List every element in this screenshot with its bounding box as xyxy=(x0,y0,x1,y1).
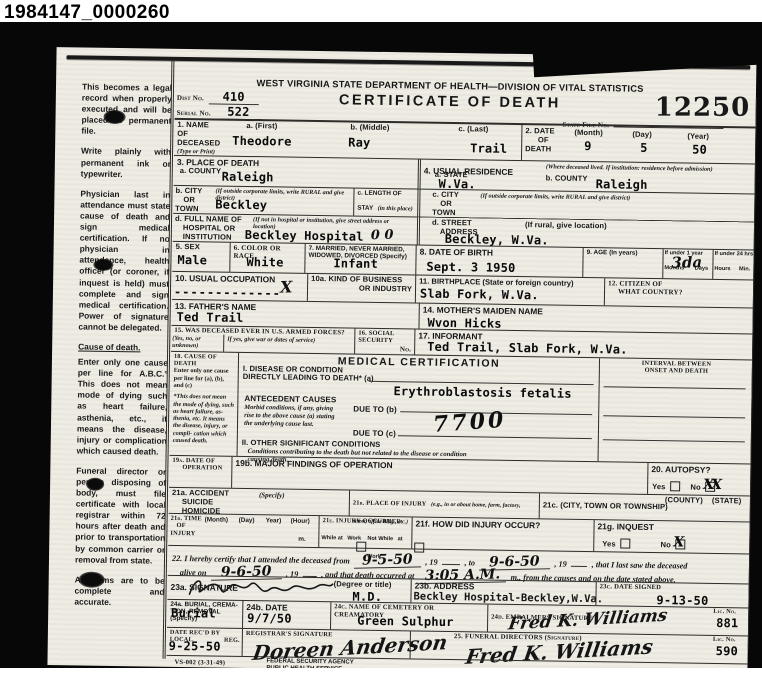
time-month-label: (Month) xyxy=(205,516,229,524)
cause-note1: Enter only one cause per line for (a), (… xyxy=(174,367,235,390)
due-to-c-label: DUE TO (c) xyxy=(353,429,396,439)
field-sex: 5. SEX Male xyxy=(172,242,229,272)
dod-day-label: (Day) xyxy=(632,131,652,140)
time-day-label: (Day) xyxy=(239,517,255,524)
name-label2: DECEASED xyxy=(177,139,221,149)
inquest-no-label: No xyxy=(661,540,671,549)
length-stay-note: (in this place) xyxy=(378,205,413,213)
operation-date-label2: OPERATION xyxy=(172,464,228,472)
interval-line-b xyxy=(603,415,745,418)
instruction-paragraph: Enter only one cause per line for A.B.C.… xyxy=(77,357,168,458)
dod-day-value: 5 xyxy=(640,141,648,155)
field-interval: INTERVAL BETWEEN ONSET AND DEATH xyxy=(598,358,754,463)
length-stay-label2: STAY xyxy=(357,205,373,212)
field-physician-address: 23b. ADDRESS Beckley Hospital-Beckley,W.… xyxy=(410,579,595,605)
dob-value: Sept. 3 1950 xyxy=(426,260,515,275)
marital-value: Infant xyxy=(333,256,378,271)
middle-name-value: Ray xyxy=(348,135,370,149)
autopsy-yes-label: Yes xyxy=(652,482,666,491)
certificate-form: Dist No. 410 Serial No. 522 WEST VIRGINI… xyxy=(166,75,757,668)
field-injury-occurred: 21e. INJURY OCCURRED While at Work Not W… xyxy=(318,516,411,548)
how-injury-label: 21f. HOW DID INJURY OCCUR? xyxy=(415,518,590,531)
injury-county-label: (COUNTY) xyxy=(665,496,703,506)
age-handwritten: 3da xyxy=(671,255,702,271)
injury-city-label: 21c. (CITY, TOWN OR TOWNSHIP) xyxy=(543,500,668,511)
cemetery-value: Green Sulphur xyxy=(357,614,454,629)
ink-smudge xyxy=(93,259,113,271)
burial-date-value: 9/7/50 xyxy=(247,611,292,626)
dod-month-label: (Month) xyxy=(574,129,603,138)
field-race: 6. COLOR OR RACE White xyxy=(229,243,304,273)
interval-line-a xyxy=(604,386,746,389)
time-injury-label: 21d. TIME xyxy=(171,515,202,523)
not-at-work-label: Not While xyxy=(367,536,393,542)
findings-label: 19b. MAJOR FINDINGS OF OPERATION xyxy=(235,458,644,474)
scanned-document-area: This becomes a legal record when properl… xyxy=(0,22,762,668)
dod-year-label: (Year) xyxy=(687,132,709,141)
pod-county-value: Raleigh xyxy=(222,170,274,185)
autopsy-no-mark: XX xyxy=(703,477,719,493)
embalmer-lic-value: 881 xyxy=(716,616,738,630)
while-at-work-label2: Work xyxy=(347,535,361,541)
section-medical-certification: 18. CAUSE OF DEATH Enter only one cause … xyxy=(170,351,753,464)
instruction-paragraph: Write plainly with permanent ink or type… xyxy=(81,146,171,181)
age-min-label: Min. xyxy=(739,267,750,273)
funeral-lic-label: Lic. No. xyxy=(713,636,736,644)
while-at-work-label: While at xyxy=(321,535,343,541)
dod-month-value: 9 xyxy=(584,139,592,153)
field-cemetery: 24c. NAME OF CEMETERY OR CREAMATORY Gree… xyxy=(330,602,487,631)
field-operation-date: 19a. DATE OF OPERATION xyxy=(169,456,231,488)
field-cause-of-death-notes: 18. CAUSE OF DEATH Enter only one cause … xyxy=(170,352,239,456)
embalmer-lic-label: Lic. No. xyxy=(713,608,736,616)
dob-label: 8. DATE OF BIRTH xyxy=(420,247,580,259)
certify-blank-1 xyxy=(442,558,460,565)
field-first-name: a. (First) Theodore xyxy=(224,121,347,158)
place-injury-label: 21b. PLACE OF INJURY xyxy=(353,500,427,508)
date-received-reg-label: REG. xyxy=(224,637,240,644)
father-value: Ted Trail xyxy=(177,310,244,325)
certificate-title: CERTIFICATE OF DEATH xyxy=(285,92,615,113)
field-age: 9. AGE (In years) xyxy=(582,248,662,278)
residence-county-label: b. COUNTY xyxy=(546,174,588,184)
agency-line2: PUBLIC HEALTH SERVICE xyxy=(266,665,353,668)
length-stay-label: c. LENGTH OF xyxy=(357,190,414,198)
field-armed-forces: 15. WAS DECEASED EVER IN U.S. ARMED FORC… xyxy=(171,326,354,354)
last-name-label: c. (Last) xyxy=(458,125,488,134)
field-how-injury: 21f. HOW DID INJURY OCCUR? xyxy=(411,517,593,551)
street-note: (If rural, give location) xyxy=(525,221,607,231)
field-date-of-birth: 8. DATE OF BIRTH Sept. 3 1950 xyxy=(415,245,582,276)
age-under24-label: If under 24 hrs xyxy=(715,251,754,258)
age-hours-label: Hours xyxy=(714,266,730,272)
field-date-received: DATE REC'D BY LOCAL REG. 9-25-50 xyxy=(167,628,242,656)
occupation-x-mark: X xyxy=(280,279,293,295)
ink-smudge xyxy=(103,110,125,124)
inquest-no-checkbox: X xyxy=(675,539,685,549)
ink-smudge xyxy=(86,478,104,491)
field-injury-city: 21c. (CITY, TOWN OR TOWNSHIP) (COUNTY) (… xyxy=(539,493,751,521)
informant-value: Ted Trail, Slab Fork, W.Va. xyxy=(427,340,628,357)
date-signed-label: 23c. DATE SIGNED xyxy=(600,583,747,593)
ink-smudge xyxy=(79,572,105,588)
field-burial-date: 24b. DATE 9/7/50 xyxy=(242,601,330,629)
dod-label3: DEATH xyxy=(525,145,561,154)
field-ssn: 16. SOCIAL SECURITY No. xyxy=(354,329,414,355)
race-value: White xyxy=(246,255,283,270)
time-hour-label: (Hour) xyxy=(291,518,310,525)
residence-note: (Where deceased lived. If institution: r… xyxy=(546,163,746,173)
form-number: VS-002 (3-31-49) xyxy=(174,659,225,667)
dod-year-value: 50 xyxy=(692,143,707,157)
due-to-c-handwritten: 7700 xyxy=(432,409,507,436)
middle-name-label: b. (Middle) xyxy=(350,123,389,133)
residence-city-note: (If outside corporate limits, write RURA… xyxy=(480,192,730,203)
autopsy-label: 20. AUTOPSY? xyxy=(651,464,748,476)
first-name-label: a. (First) xyxy=(246,122,277,131)
inquest-yes-checkbox xyxy=(620,539,630,549)
instruction-paragraph: This becomes a legal record when properl… xyxy=(81,81,172,138)
birthplace-value: Slab Fork, W.Va. xyxy=(420,287,539,303)
funeral-lic-value: 590 xyxy=(716,644,738,658)
interval-label2: ONSET AND DEATH xyxy=(603,367,750,377)
citizen-label2: WHAT COUNTRY? xyxy=(608,287,751,297)
field-name-label: 1. NAME OF DECEASED (Type or Print) xyxy=(174,120,225,156)
disease-label2: DIRECTLY LEADING TO DEATH* (a) xyxy=(243,373,374,384)
field-marital-status: 7. MARRIED, NEVER MARRIED, WIDOWED, DIVO… xyxy=(304,244,415,275)
death-certificate-page: This becomes a legal record when properl… xyxy=(47,47,756,668)
instructions-sidebar: This becomes a legal record when properl… xyxy=(74,81,172,617)
antecedent-label: ANTECEDENT CAUSES xyxy=(244,394,336,405)
field-medical-certification: MEDICAL CERTIFICATION I. DISEASE OR COND… xyxy=(237,353,599,461)
field-last-name: c. (Last) Trail xyxy=(452,124,522,160)
name-label: 1. NAME OF xyxy=(177,121,221,140)
field-place-of-death: 3. PLACE OF DEATH a. COUNTY Raleigh xyxy=(174,156,418,189)
injury-occurred-label: 21e. INJURY OCCURRED xyxy=(323,517,409,526)
field-business: 10a. KIND OF BUSINESS OR INDUSTRY xyxy=(307,274,415,303)
field-inquest: 21g. INQUEST Yes No X xyxy=(593,520,750,553)
time-injury-label3: INJURY xyxy=(170,530,201,538)
field-hospital: d. FULL NAME OF HOSPITAL OR INSTITUTION … xyxy=(173,213,417,245)
business-label2: OR INDUSTRY xyxy=(311,284,412,294)
due-to-b-label: DUE TO (b) xyxy=(353,405,397,415)
field-burial: 24a. BURIAL, CREMA- TION, REMOVAL (Speci… xyxy=(167,600,242,628)
autopsy-yes-checkbox xyxy=(670,481,680,491)
field-registrar-signature: REGISTRAR'S SIGNATURE Doreen Anderson xyxy=(242,629,410,658)
field-father: 13. FATHER'S NAME Ted Trail xyxy=(171,300,418,329)
specify-note: (Specify) xyxy=(259,491,285,500)
field-place-of-injury: 21b. PLACE OF INJURY (e.g., in or about … xyxy=(349,491,539,519)
field-birthplace: 11. BIRTHPLACE (State or foreign country… xyxy=(415,275,604,305)
field-date-signed: 23c. DATE SIGNED 9-13-50 xyxy=(595,582,749,607)
field-city-town: b. CITY OR TOWN (If outside corporate li… xyxy=(173,186,353,216)
time-m-label: m. xyxy=(298,536,306,543)
cause-note2: *This does not mean the mode of dying, s… xyxy=(173,393,235,445)
injury-state-label: (STATE) xyxy=(712,497,742,506)
inquest-yes-label: Yes xyxy=(602,539,616,548)
armed-forces-note2: If yes, give war or dates of service) xyxy=(227,336,347,345)
certify-blank-2 xyxy=(571,560,587,567)
cause-of-death-heading: Cause of death. xyxy=(78,341,168,353)
pod-county-label: a. COUNTY xyxy=(180,167,222,177)
scan-id-label: 1984147_0000260 xyxy=(4,2,170,24)
hospital-handwritten: 0 0 xyxy=(371,229,394,242)
field-occupation: 10. USUAL OCCUPATION ------------- X xyxy=(172,272,307,301)
ssn-label: 16. SOCIAL SECURITY xyxy=(358,330,411,346)
field-age-under-1yr: If under 1 year Months Days 3da xyxy=(662,249,712,279)
last-name-value: Trail xyxy=(470,141,507,156)
sex-label: 5. SEX xyxy=(176,243,227,253)
time-year-label: Year) xyxy=(266,517,282,524)
field-age-under-24hr: If under 24 hrs Hours Min. xyxy=(712,250,754,280)
inquest-no-mark: X xyxy=(673,534,681,550)
sex-value: Male xyxy=(177,253,207,267)
autopsy-no-checkbox: XX xyxy=(705,482,715,492)
field-time-of-injury: 21d. TIME OF INJURY (Month) (Day) Year) … xyxy=(168,514,318,547)
field-length-of-stay: c. LENGTH OF STAY (in this place) xyxy=(353,189,417,217)
ssn-no-label: No. xyxy=(358,344,411,353)
embalmer-signature: Fred K. Williams xyxy=(507,608,669,634)
interval-line-c xyxy=(603,439,745,442)
degree-label: (Degree or title) xyxy=(334,580,392,590)
antecedent-note: Morbid conditions, if any, giving rise t… xyxy=(244,404,344,429)
inquest-label: 21g. INQUEST xyxy=(597,521,747,533)
field-date-of-death: 2. DATE OF DEATH (Month) 9 (Day) 5 (Year… xyxy=(521,125,756,163)
age-label: 9. AGE (In years) xyxy=(587,249,660,257)
armed-forces-divider xyxy=(223,335,224,352)
residence-county-value: Raleigh xyxy=(596,177,648,192)
city-value: Beckley xyxy=(215,197,267,212)
armed-forces-note1: (Yes, no, or unknown) xyxy=(172,335,222,350)
cause-label: 18. CAUSE OF DEATH xyxy=(174,353,235,368)
field-middle-name: b. (Middle) Ray xyxy=(346,122,453,159)
burial-value: Burial xyxy=(171,606,216,621)
field-citizen: 12. CITIZEN OF WHAT COUNTRY? xyxy=(604,278,754,307)
field-autopsy: 20. AUTOPSY? Yes No XX xyxy=(647,463,751,496)
date-received-value: 9-25-50 xyxy=(169,639,221,654)
instruction-paragraph: Physician last in attendance must state … xyxy=(78,188,170,334)
first-name-value: Theodore xyxy=(232,134,292,149)
autopsy-no-label: No xyxy=(690,483,700,492)
field-embalmer-signature: 24d. EMBALMERS SIGNATURE Fred K. William… xyxy=(487,605,749,636)
serial-no-label: Serial No. xyxy=(177,109,211,118)
field-accident-suicide: 21a. ACCIDENT SUICIDE HOMICIDE (Specify) xyxy=(169,488,349,516)
disease-value: Erythroblastosis fetalis xyxy=(393,384,571,401)
